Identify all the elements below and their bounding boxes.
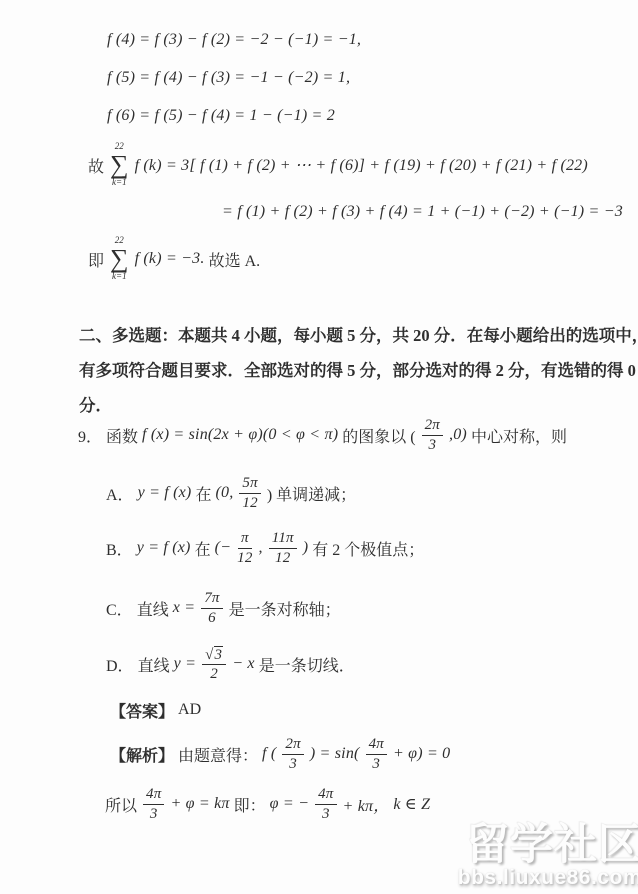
option-text: − x [232, 655, 255, 673]
exam-solution-page: f (4) = f (3) − f (2) = −2 − (−1) = −1, … [0, 0, 638, 894]
fraction-denominator: 3 [428, 436, 436, 454]
option-b-label: B． [106, 537, 133, 560]
fraction-denominator: 6 [208, 609, 216, 627]
fraction-numerator: 7π [201, 590, 222, 609]
fraction-sqrt3-2: √3 2 [202, 646, 226, 683]
fraction-numerator: 5π [239, 475, 260, 494]
sum-lower-limit: k=1 [112, 272, 127, 282]
option-text: 是一条对称轴； [229, 597, 341, 620]
choose-answer-a: 故选 A. [209, 248, 261, 271]
fraction-numerator: 2π [282, 736, 303, 755]
fraction-5pi-12: 5π 12 [239, 475, 260, 511]
option-d: D． 直线 y = √3 2 − x 是一条切线． [106, 638, 355, 690]
equation-sum-expansion: 故 22 ∑ k=1 f (k) = 3[ f (1) + f (2) + ⋯ … [88, 142, 588, 188]
analysis-label: 【解析】 [110, 743, 174, 766]
summation-symbol: 22 ∑ k=1 [110, 142, 129, 187]
option-text: (0, [215, 484, 233, 502]
option-c-label: C． [106, 597, 133, 620]
option-d-label: D． [106, 653, 134, 676]
radicand: 3 [214, 646, 224, 664]
watermark-url: bbs.liuxue86.com [458, 867, 638, 888]
option-text: 直线 [138, 653, 170, 676]
watermark: 留学社区 bbs.liuxue86.com [458, 824, 638, 888]
radical-sign: √ [205, 647, 213, 664]
analysis-math: ) = sin( [310, 745, 360, 763]
option-text: ) 单调递减； [267, 482, 356, 505]
option-text: 在 [195, 482, 211, 505]
conclusion-math: + kπ， [343, 793, 390, 816]
fraction-numerator: 11π [269, 530, 297, 549]
option-text: 在 [195, 537, 211, 560]
watermark-logo-text: 留学社区 [458, 824, 638, 867]
stem-text: 中心对称，则 [471, 424, 567, 447]
answer-line: 【答案】 AD [110, 699, 201, 721]
conclusion-text: 所以 [105, 793, 137, 816]
fraction-4pi-3: 4π 3 [143, 786, 164, 822]
summation-symbol: 22 ∑ k=1 [110, 236, 129, 281]
fraction-denominator: 3 [372, 755, 380, 773]
fraction-denominator: 3 [289, 755, 297, 773]
stem-function: f (x) = sin(2x + φ)(0 < φ < π) [142, 426, 338, 444]
stem-text: 的图象以 ( [342, 424, 415, 447]
question-number: 9． [78, 424, 102, 447]
heading-line: 有多项符合题目要求．全部选对的得 5 分，部分选对的得 2 分，有选错的得 0 [79, 353, 619, 388]
fraction-11pi-12: 11π 12 [269, 530, 297, 566]
equation-f5: f (5) = f (4) − f (3) = −1 − (−2) = 1, [107, 69, 350, 87]
fraction-numerator: √3 [202, 646, 226, 666]
conclusion-line: 所以 4π 3 + φ = kπ 即： φ = − 4π 3 + kπ， k ∈… [105, 781, 430, 827]
fraction-denominator: 2 [210, 665, 218, 683]
fraction-numerator: 4π [315, 786, 336, 805]
stem-point-close: ,0) [449, 426, 467, 444]
stem-text: 函数 [106, 424, 138, 447]
equation-f4: f (4) = f (3) − f (2) = −2 − (−1) = −1, [107, 31, 361, 49]
section-heading-multichoice: 二、多选题：本题共 4 小题，每小题 5 分，共 20 分．在每小题给出的选项中… [79, 318, 619, 423]
heading-line: 二、多选题：本题共 4 小题，每小题 5 分，共 20 分．在每小题给出的选项中… [79, 318, 619, 353]
fraction-denominator: 3 [322, 805, 330, 823]
analysis-text: 由题意得： [178, 743, 258, 766]
question-9-stem: 9． 函数 f (x) = sin(2x + φ)(0 < φ < π) 的图象… [78, 413, 567, 457]
conclusion-math: φ = − [270, 795, 309, 813]
fraction-numerator: 4π [143, 786, 164, 805]
fraction-numerator: 2π [422, 417, 443, 436]
answer-label: 【答案】 [110, 699, 174, 722]
fraction-denominator: 12 [237, 549, 252, 567]
option-c: C． 直线 x = 7π 6 是一条对称轴； [106, 584, 341, 632]
fraction-4pi-3: 4π 3 [315, 786, 336, 822]
sum-lower-limit: k=1 [112, 178, 127, 188]
fraction-2pi-3: 2π 3 [422, 417, 443, 453]
option-text: ) [303, 539, 309, 557]
conclusion-math: + φ = kπ [170, 795, 229, 813]
prefix-ji: 即 [88, 248, 104, 271]
option-text: , [259, 539, 263, 557]
conclusion-body: f (k) = −3. [135, 250, 205, 268]
fraction-7pi-6: 7π 6 [201, 590, 222, 626]
sigma-glyph: ∑ [110, 152, 129, 177]
equation-f6: f (6) = f (5) − f (4) = 1 − (−1) = 2 [107, 107, 335, 125]
fraction-numerator: 4π [366, 736, 387, 755]
option-text: y = f (x) [138, 484, 192, 502]
option-text: y = f (x) [137, 539, 191, 557]
fraction-denominator: 12 [275, 549, 290, 567]
option-text: 直线 [137, 597, 169, 620]
sum-expansion-body: f (k) = 3[ f (1) + f (2) + ⋯ + f (6)] + … [135, 155, 588, 175]
option-text: 是一条切线． [259, 653, 355, 676]
fraction-numerator: π [238, 530, 252, 549]
option-text: (− [215, 539, 232, 557]
option-a-label: A． [106, 482, 134, 505]
analysis-math: f ( [262, 745, 276, 763]
equation-sum-result: = f (1) + f (2) + f (3) + f (4) = 1 + (−… [222, 203, 623, 221]
option-text: y = [174, 655, 197, 673]
answer-value: AD [178, 701, 201, 719]
fraction-pi-12: π 12 [237, 530, 252, 566]
option-a: A． y = f (x) 在 (0, 5π 12 ) 单调递减； [106, 470, 356, 516]
option-text: x = [173, 599, 196, 617]
fraction-denominator: 12 [242, 494, 257, 512]
option-text: 有 2 个极值点； [312, 537, 424, 560]
analysis-math: + φ) = 0 [393, 745, 450, 763]
fraction-denominator: 3 [150, 805, 158, 823]
conclusion-text: 即： [234, 793, 266, 816]
fraction-2pi-3: 2π 3 [282, 736, 303, 772]
analysis-line: 【解析】 由题意得： f ( 2π 3 ) = sin( 4π 3 + φ) =… [110, 731, 450, 777]
fraction-4pi-3: 4π 3 [366, 736, 387, 772]
sigma-glyph: ∑ [110, 246, 129, 271]
prefix-gu: 故 [88, 154, 104, 177]
equation-conclusion: 即 22 ∑ k=1 f (k) = −3. 故选 A. [88, 236, 260, 282]
option-b: B． y = f (x) 在 (− π 12 , 11π 12 ) 有 2 个极… [106, 525, 424, 571]
conclusion-math: k ∈ Z [393, 794, 430, 814]
